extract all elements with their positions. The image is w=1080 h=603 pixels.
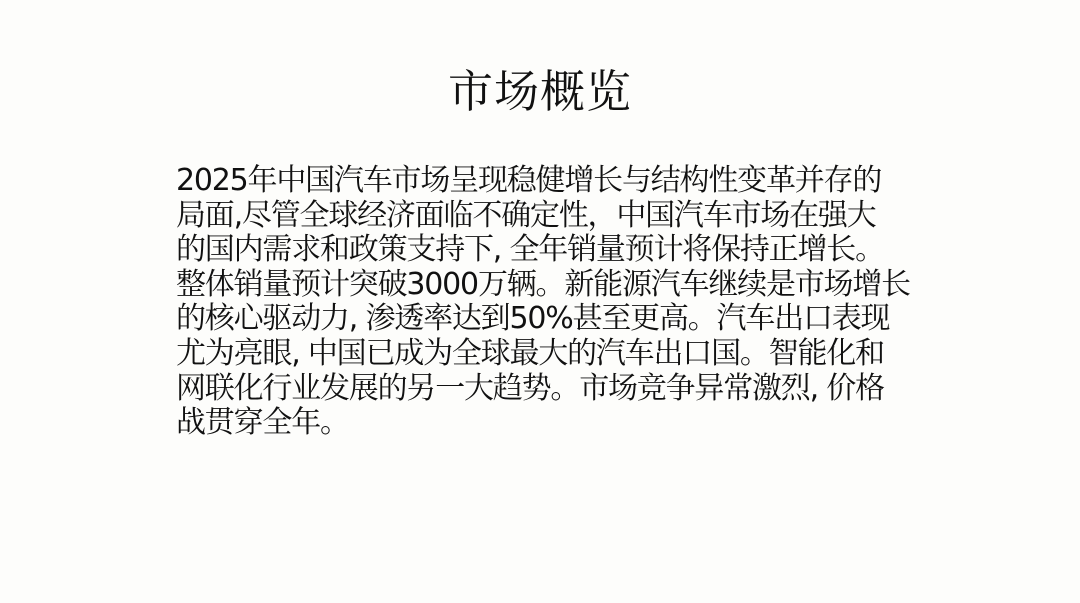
- body-line: 2025年中国汽车市场呈现稳健增长与结构性变革并存的: [176, 164, 911, 199]
- body-line: 的国内需求和政策支持下, 全年销量预计将保持正增长。: [176, 233, 911, 268]
- body-line: 网联化行业发展的另一大趋势。市场竞争异常激烈, 价格: [176, 372, 911, 407]
- body-line: 整体销量预计突破3000万辆。新能源汽车继续是市场增长: [176, 268, 911, 303]
- body-line: 战贯穿全年。: [176, 406, 911, 441]
- body-line: 尤为亮眼, 中国已成为全球最大的汽车出口国。智能化和: [176, 337, 911, 372]
- slide: 市场概览 2025年中国汽车市场呈现稳健增长与结构性变革并存的 局面,尽管全球经…: [0, 0, 1080, 603]
- slide-title: 市场概览: [0, 62, 1080, 122]
- body-line: 的核心驱动力, 渗透率达到50%甚至更高。汽车出口表现: [176, 302, 911, 337]
- slide-body-paragraph: 2025年中国汽车市场呈现稳健增长与结构性变革并存的 局面,尽管全球经济面临不确…: [176, 164, 911, 441]
- body-line: 局面,尽管全球经济面临不确定性，中国汽车市场在强大: [176, 199, 911, 234]
